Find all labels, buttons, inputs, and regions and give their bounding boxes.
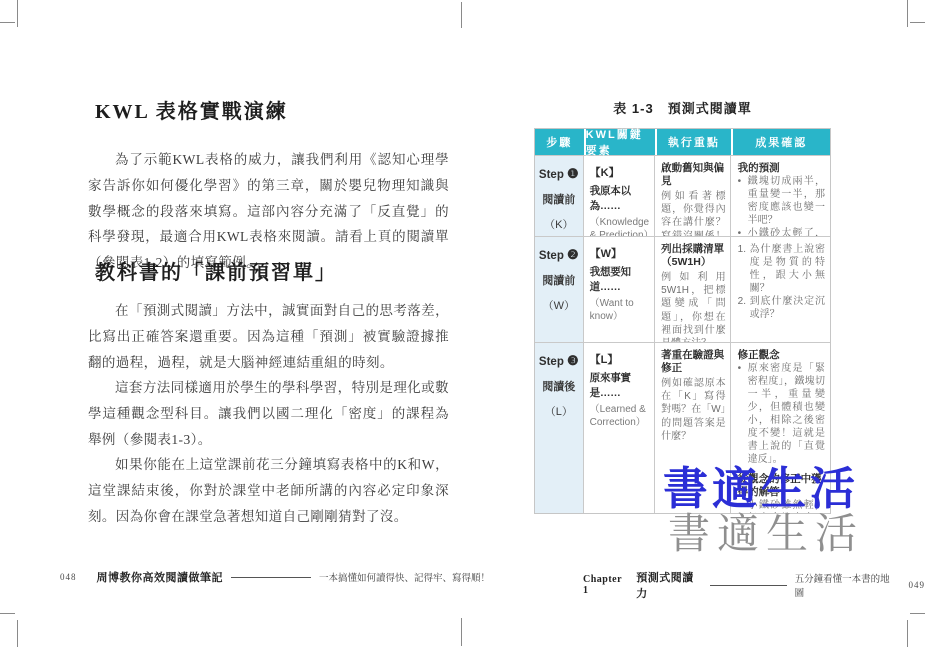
action-cell-2: 列出採購清單 （5W1H） 例如利用5W1H，把標題變成「問題」，你想在裡面找到…	[655, 237, 731, 342]
table-row: Step ❷ 閱讀前 （W） 【W】 我想要知道…… （Want to know…	[535, 236, 830, 342]
table-title: 表 1-3 預測式閱讀單	[534, 98, 831, 117]
paragraph-4: 如果你能在上這堂課前花三分鐘填寫表格中的K和W，這堂課結束後，你對於課堂中老師所…	[88, 452, 449, 529]
result-cell-2: 1.為什麼書上說密度是物質的特性，跟大小無關？ 2.到底什麼決定沉或浮？	[731, 237, 830, 342]
paragraph-3: 這套方法同樣適用於學生的學科學習，特別是理化或數學這種觀念型科目。讓我們以國二理…	[88, 375, 449, 452]
right-page-footer: Chapter 1 預測式閱讀力 五分鐘看懂一本書的地圖 049	[583, 569, 925, 601]
number-marker: 2.	[738, 295, 750, 321]
crop-mark-bottom-left-v	[17, 620, 18, 647]
kwl-tag: 【K】	[590, 164, 652, 180]
kwl-cell-1: 【K】 我原本以為…… （Knowledge & Prediction）	[584, 156, 656, 236]
step-cell-2: Step ❷ 閱讀前 （W）	[535, 237, 584, 342]
kwl-tag: 【L】	[590, 351, 652, 367]
action-title: 啟動舊知與偏見	[661, 162, 726, 188]
step-2-badge-icon: ❷	[567, 247, 579, 262]
step-word: Step	[539, 356, 564, 368]
step-1-badge-icon: ❶	[567, 166, 579, 181]
col-header-action: 執行重點	[655, 129, 730, 155]
watermark-gray: 書適生活	[668, 501, 864, 561]
action-title: 著重在驗證與修正	[661, 349, 726, 375]
result-item-text: 小鐵砂太輕了，丟到水裡應該會浮起來？	[748, 227, 825, 236]
step-cell-3: Step ❸ 閱讀後 （L）	[535, 343, 584, 513]
crop-mark-top-center	[461, 2, 462, 28]
step-phase: 閱讀前	[535, 272, 583, 288]
action-title: 列出採購清單	[661, 243, 726, 256]
paragraph-2: 在「預測式閱讀」方法中，誠實面對自己的思考落差，比寫出正確答案還重要。因為這種「…	[88, 298, 449, 375]
number-marker: 1.	[738, 243, 750, 295]
crop-mark-top-right-h	[910, 22, 925, 23]
bullet-marker: •	[738, 175, 748, 227]
step-word: Step	[539, 169, 564, 181]
action-cell-1: 啟動舊知與偏見 例如看著標題，你覺得內容在講什麼？寫錯沒關係！寫下偏見，等等被打…	[655, 156, 731, 236]
result-cell-1: 我的預測 •鐵塊切成兩半，重量變一半，那密度應該也變一半吧？ •小鐵砂太輕了，丟…	[731, 156, 830, 236]
step-phase: 閱讀後	[535, 378, 583, 394]
step-cell-1: Step ❶ 閱讀前 （K）	[535, 156, 584, 236]
kwl-claim: 原來事實是……	[590, 370, 652, 400]
result-item-text: 到底什麼決定沉或浮？	[750, 295, 825, 321]
crop-mark-top-left-h	[0, 22, 15, 23]
action-body: 例如看著標題，你覺得內容在講什麼？寫錯沒關係！寫下偏見，等等被打臉才會記得牢！	[661, 190, 726, 236]
col-header-result: 成果確認	[731, 129, 830, 155]
result-head: 修正觀念	[738, 349, 825, 362]
kwl-english: （Knowledge & Prediction）	[590, 216, 652, 236]
crop-mark-top-right-v	[907, 0, 908, 27]
section-heading-kwl: KWL 表格實戰演練	[95, 95, 288, 124]
crop-mark-bottom-right-v	[907, 620, 908, 647]
result-item: •原來密度是「緊密程度」，鐵塊切一半，重量變少，但體積也變小，相除之後密度不變！…	[738, 362, 825, 466]
page-number-right: 049	[908, 580, 925, 590]
crop-mark-top-left-v	[17, 0, 18, 27]
action-body: 例如確認原本在「K」寫得對嗎？在「W」的問題答案是什麼？	[661, 377, 726, 443]
result-head: 我的預測	[738, 162, 825, 175]
result-item: •小鐵砂太輕了，丟到水裡應該會浮起來？	[738, 227, 825, 236]
footer-rule-left	[231, 577, 311, 578]
kwl-claim: 我想要知道……	[590, 264, 652, 294]
section-heading-textbook: 教科書的「課前預習單」	[95, 256, 337, 285]
bullet-marker: •	[738, 227, 748, 236]
crop-mark-bottom-left-h	[0, 613, 15, 614]
chapter-tagline: 五分鐘看懂一本書的地圖	[795, 571, 895, 599]
left-page-footer: 048 周博教你高效閱讀做筆記 一本搞懂如何讀得快、記得牢、寫得順！	[60, 569, 490, 585]
result-item-text: 為什麼書上說密度是物質的特性，跟大小無關？	[750, 243, 825, 295]
col-header-kwl: KWL關鍵要素	[584, 129, 656, 155]
crop-mark-bottom-right-h	[910, 613, 925, 614]
result-item-text: 鐵塊切成兩半，重量變一半，那密度應該也變一半吧？	[748, 175, 825, 227]
step-phase: 閱讀前	[535, 191, 583, 207]
step-key: （L）	[535, 403, 583, 419]
chapter-label: Chapter 1	[583, 574, 628, 596]
book-spread: KWL 表格實戰演練 為了示範KWL表格的威力，讓我們利用《認知心理學家告訴你如…	[0, 0, 925, 647]
action-subtitle: （5W1H）	[661, 256, 726, 269]
result-item: 2.到底什麼決定沉或浮？	[738, 295, 825, 321]
footer-rule-right	[710, 585, 786, 586]
step-key: （W）	[535, 297, 583, 313]
kwl-english: （Learned & Correction）	[590, 403, 652, 429]
chapter-title: 預測式閱讀力	[636, 569, 702, 601]
kwl-cell-3: 【L】 原來事實是…… （Learned & Correction）	[584, 343, 656, 513]
step-word: Step	[539, 250, 564, 262]
step-3-badge-icon: ❸	[567, 353, 579, 368]
bullet-marker: •	[738, 362, 748, 466]
page-number-left: 048	[60, 572, 77, 582]
table-row: Step ❶ 閱讀前 （K） 【K】 我原本以為…… （Knowledge & …	[535, 155, 830, 236]
result-item: •鐵塊切成兩半，重量變一半，那密度應該也變一半吧？	[738, 175, 825, 227]
kwl-cell-2: 【W】 我想要知道…… （Want to know）	[584, 237, 656, 342]
crop-mark-bottom-center	[461, 618, 462, 646]
result-item: 1.為什麼書上說密度是物質的特性，跟大小無關？	[738, 243, 825, 295]
action-body: 例如利用5W1H，把標題變成「問題」，你想在裡面找到什麼具體方法？	[661, 271, 726, 342]
col-header-step: 步驟	[535, 129, 584, 155]
step-key: （K）	[535, 216, 583, 232]
kwl-claim: 我原本以為……	[590, 183, 652, 213]
book-tagline: 一本搞懂如何讀得快、記得牢、寫得順！	[319, 570, 490, 584]
kwl-english: （Want to know）	[590, 297, 652, 323]
kwl-tag: 【W】	[590, 245, 652, 261]
result-item-text: 原來密度是「緊密程度」，鐵塊切一半，重量變少，但體積也變小，相除之後密度不變！這…	[748, 362, 825, 466]
book-title: 周博教你高效閱讀做筆記	[97, 569, 224, 585]
table-header-row: 步驟 KWL關鍵要素 執行重點 成果確認	[535, 129, 830, 155]
